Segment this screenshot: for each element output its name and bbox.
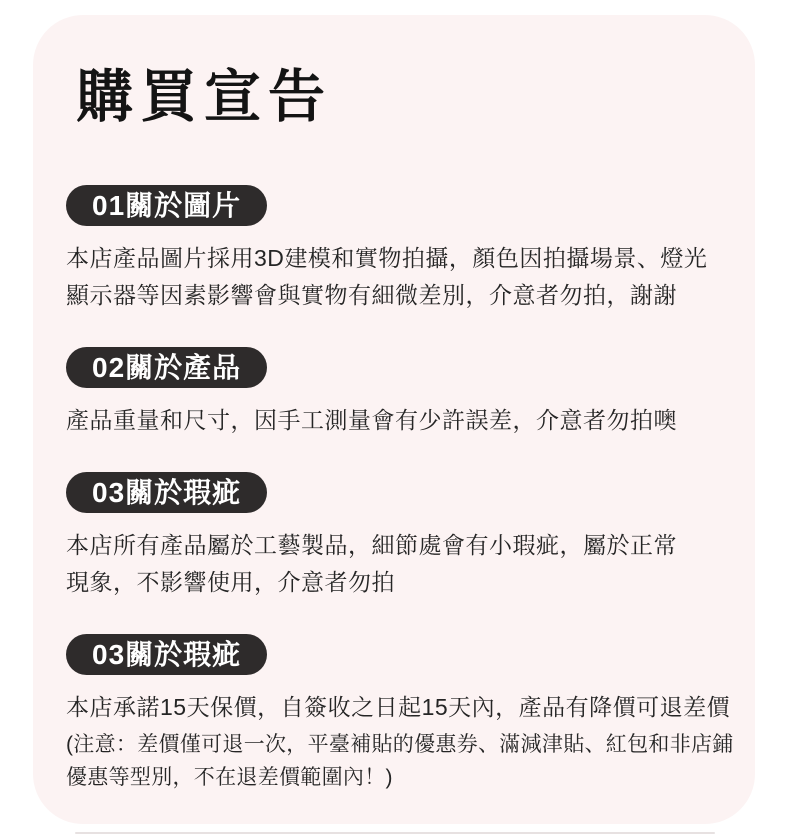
section-badge-02: 02關於產品 xyxy=(66,347,267,388)
section-about-images: 01關於圖片 本店產品圖片採用3D建模和實物拍攝，顏色因拍攝場景、燈光 顯示器等… xyxy=(66,185,720,314)
page-title: 購買宣告 xyxy=(76,67,720,127)
section-body-03: 本店所有產品屬於工藝製品，細節處會有小瑕疵，屬於正常 現象，不影響使用，介意者勿… xyxy=(66,527,720,601)
section-about-product: 02關於產品 產品重量和尺寸，因手工測量會有少許誤差，介意者勿拍噢 xyxy=(66,347,720,439)
note-line: 優惠等型別，不在退差價範圍內！) xyxy=(66,761,720,794)
section-price-guarantee: 03關於瑕疵 本店承諾15天保價，自簽收之日起15天內，產品有降價可退差價 (注… xyxy=(66,634,720,794)
section-body-04: 本店承諾15天保價，自簽收之日起15天內，產品有降價可退差價 xyxy=(66,689,720,726)
section-note-04: (注意：差價僅可退一次，平臺補貼的優惠券、滿減津貼、紅包和非店鋪 優惠等型別，不… xyxy=(66,728,720,794)
body-line: 顯示器等因素影響會與實物有細微差別，介意者勿拍，謝謝 xyxy=(66,277,720,314)
section-badge-03: 03關於瑕疵 xyxy=(66,472,267,513)
section-about-flaws: 03關於瑕疵 本店所有產品屬於工藝製品，細節處會有小瑕疵，屬於正常 現象，不影響… xyxy=(66,472,720,601)
section-body-01: 本店產品圖片採用3D建模和實物拍攝，顏色因拍攝場景、燈光 顯示器等因素影響會與實… xyxy=(66,240,720,314)
section-badge-04: 03關於瑕疵 xyxy=(66,634,267,675)
body-line: 現象，不影響使用，介意者勿拍 xyxy=(66,564,720,601)
body-line: 產品重量和尺寸，因手工測量會有少許誤差，介意者勿拍噢 xyxy=(66,402,720,439)
section-badge-01: 01關於圖片 xyxy=(66,185,267,226)
section-body-02: 產品重量和尺寸，因手工測量會有少許誤差，介意者勿拍噢 xyxy=(66,402,720,439)
bottom-divider xyxy=(75,832,715,834)
body-line: 本店承諾15天保價，自簽收之日起15天內，產品有降價可退差價 xyxy=(66,689,720,726)
notice-card: 購買宣告 01關於圖片 本店產品圖片採用3D建模和實物拍攝，顏色因拍攝場景、燈光… xyxy=(33,15,755,824)
note-line: (注意：差價僅可退一次，平臺補貼的優惠券、滿減津貼、紅包和非店鋪 xyxy=(66,728,720,761)
body-line: 本店產品圖片採用3D建模和實物拍攝，顏色因拍攝場景、燈光 xyxy=(66,240,720,277)
body-line: 本店所有產品屬於工藝製品，細節處會有小瑕疵，屬於正常 xyxy=(66,527,720,564)
